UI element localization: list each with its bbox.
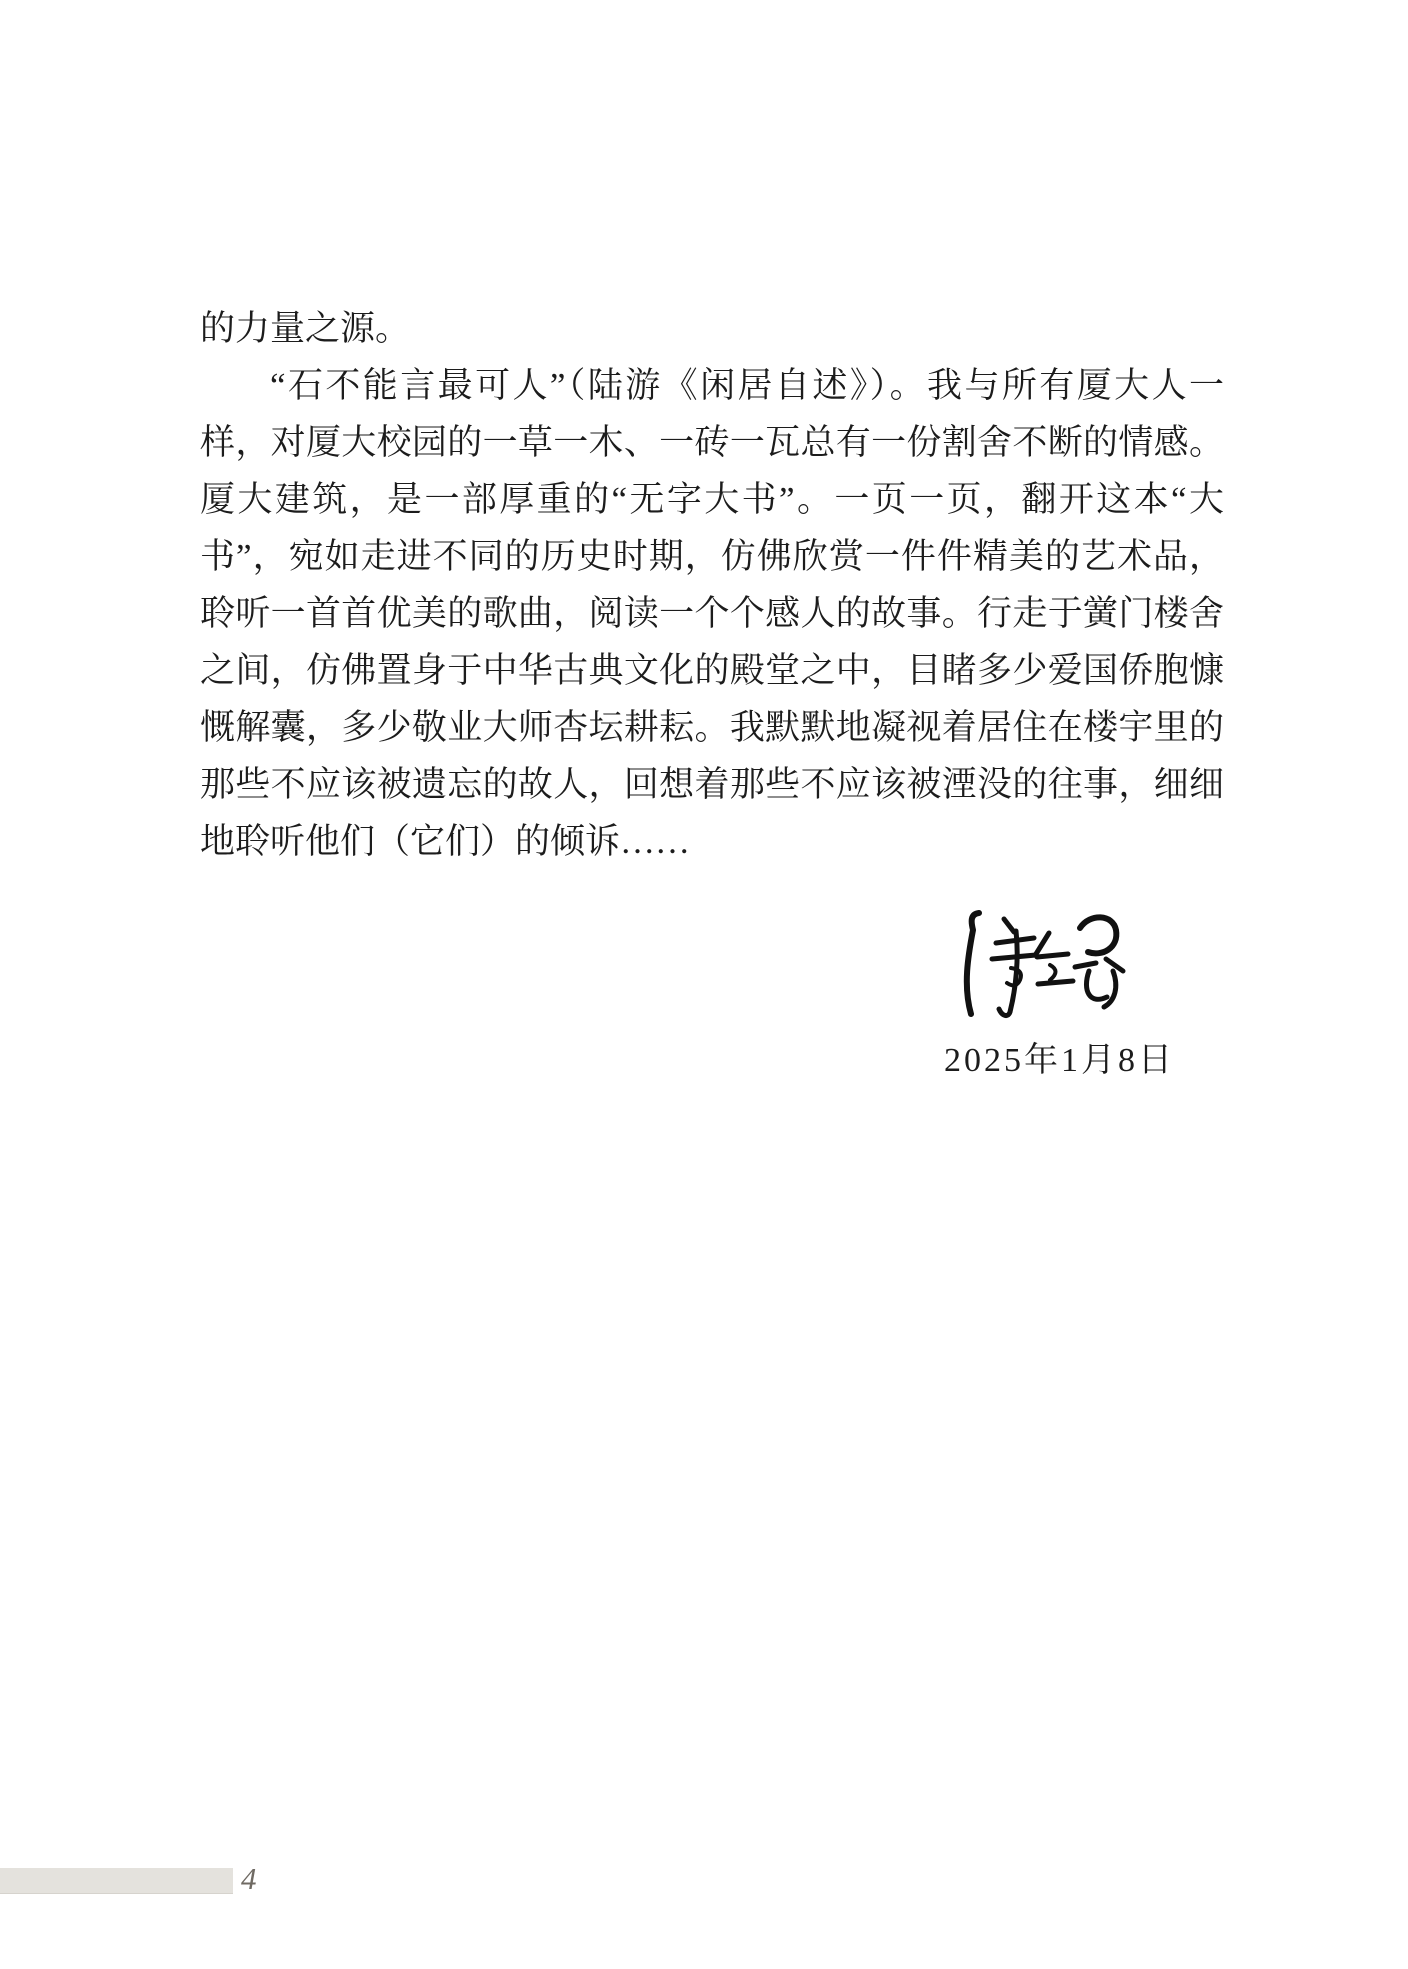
paragraph-main: “石不能言最可人”（陆游《闲居自述》）。我与所有厦大人一样，对厦大校园的一草一木… — [200, 357, 1224, 870]
footer-decoration-bar — [0, 1868, 233, 1894]
book-page: 的力量之源。 “石不能言最可人”（陆游《闲居自述》）。我与所有厦大人一样，对厦大… — [0, 0, 1408, 1969]
signature-calligraphy-icon — [952, 906, 1134, 1034]
author-signature — [952, 906, 1134, 1034]
page-number: 4 — [241, 1861, 257, 1897]
paragraph-continuation: 的力量之源。 — [200, 300, 1224, 357]
body-text: 的力量之源。 “石不能言最可人”（陆游《闲居自述》）。我与所有厦大人一样，对厦大… — [200, 300, 1224, 870]
signature-date: 2025年1月8日 — [944, 1032, 1175, 1081]
